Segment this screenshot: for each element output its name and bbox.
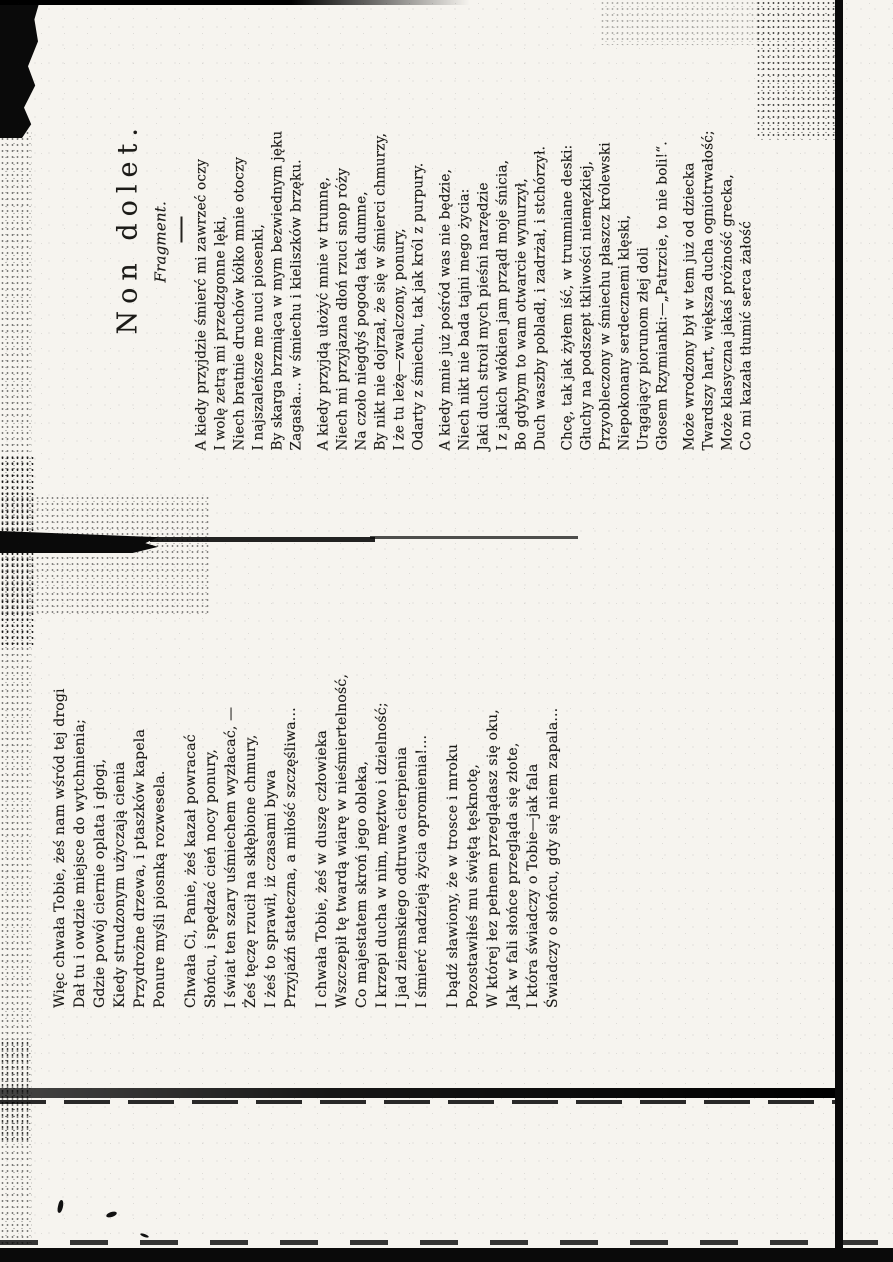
poem-line: I bądź sławiony, że w trosce i mroku — [443, 665, 463, 1008]
poem-subtitle: Fragment. — [150, 106, 172, 283]
scan-ink-mark-2 — [105, 1210, 117, 1218]
poem-line: I świat ten szary uśmiechem wyzłacać, — — [221, 665, 241, 1008]
scan-ink-mark-1 — [57, 1200, 65, 1214]
title-separator-rule — [181, 217, 183, 243]
stanza-4: Chcę, tak jak żyłem iść, w trumniane des… — [559, 106, 673, 451]
stanza-4: I bądź sławiony, że w trosce i mroku Poz… — [443, 665, 563, 1008]
poem-line: Jaki duch stroił mych pieśni narzędzie — [475, 106, 494, 451]
poem-line: Pozostawiłeś mu świętą tęsknotę, — [463, 665, 483, 1008]
poem-line: Może wrodzony był w tem już od dziecka — [681, 106, 700, 451]
poem-line: Zagasła... w śmiechu i kieliszków brzęku… — [288, 106, 307, 451]
poem-line: Przydrożne drzewa, i ptaszków kapela — [130, 665, 150, 1008]
scan-top-edge-line — [0, 0, 470, 5]
scan-mid-fold-line — [150, 537, 375, 542]
poem-line: Kiedy strudzonym użyczają cienia — [110, 665, 130, 1008]
stanza-3: I chwała Tobie, żeś w duszę człowieka Ws… — [312, 665, 432, 1008]
poem-line: A kiedy mnie już pośród was nie będzie, — [437, 106, 456, 451]
poem-line: Żeś tęczę rzucił na skłębione chmury, — [241, 665, 261, 1008]
poem-line: I wolę zetrą mi przedzgonne lęki, — [212, 106, 231, 451]
stanza-1: A kiedy przyjdzie śmierć mi zawrzeć oczy… — [193, 106, 307, 451]
poem-line: Świadczy o słońcu, gdy się niem zapala..… — [543, 665, 563, 1008]
stanza-3: A kiedy mnie już pośród was nie będzie, … — [437, 106, 551, 451]
poem-line: Wszczepił tę twardą wiarę w nieśmierteln… — [332, 665, 352, 1008]
stanza-1: Więc chwała Tobie, żeś nam wśród tej dro… — [50, 665, 170, 1008]
poem-line: Chwała Ci, Panie, żeś kazał powracać — [181, 665, 201, 1008]
poem-line: Może klasyczna jakaś próżność grecka, — [719, 106, 738, 451]
poem-line: I jad ziemskiego odtruwa cierpienia — [392, 665, 412, 1008]
scan-mid-fold-band — [0, 531, 158, 553]
scan-bottom-black-band — [0, 1248, 893, 1262]
poem-line: By skarga brzmiąca w mym bezwiednym jęku — [269, 106, 288, 451]
poem-line: A kiedy przyjdą ułożyć mnie w trumnę, — [315, 106, 334, 451]
poem-line: I krzepi ducha w nim, męztwo i dzielność… — [372, 665, 392, 1008]
poem-line: I żeś to sprawił, iż czasami bywa — [261, 665, 281, 1008]
poem-line: Jak w fali słońce przegląda się złote, — [503, 665, 523, 1008]
poem-line: Słońcu, i spędzać cień nocy ponury, — [201, 665, 221, 1008]
scan-mid-fold-speckles — [0, 495, 210, 615]
poem-line: Więc chwała Tobie, żeś nam wśród tej dro… — [50, 665, 70, 1008]
stanza-2: A kiedy przyjdą ułożyć mnie w trumnę, Ni… — [315, 106, 429, 451]
poem-line: I z jakich włókien jam prządł moje śnici… — [494, 106, 513, 451]
poem-line: By nikt nie dojrzał, że się w śmierci ch… — [372, 106, 391, 451]
poem-line: Twardszy hart, większa ducha ogniotrwało… — [700, 106, 719, 451]
scan-page-bottom-edge-band — [0, 1088, 836, 1098]
poem-line: Duch waszby pobladł, i zadrżał, i stchór… — [532, 106, 551, 451]
scan-speckle-top — [600, 0, 760, 45]
poem-line: I najszaleńsze me nuci piosenki, — [250, 106, 269, 451]
poem-line: I chwała Tobie, żeś w duszę człowieka — [312, 665, 332, 1008]
poem-line: A kiedy przyjdzie śmierć mi zawrzeć oczy — [193, 106, 212, 451]
poem-line: Ponure myśli piosnką rozwesela. — [150, 665, 170, 1008]
stanza-2: Chwała Ci, Panie, żeś kazał powracać Sło… — [181, 665, 301, 1008]
poem-line: Bo gdybym to wam otwarcie wynurzył, — [513, 106, 532, 451]
poem-title: Non dolet. — [112, 106, 146, 335]
scan-mid-fold-line-faint — [370, 536, 578, 539]
poem-line: Głuchy na podszept tkliwości niemęzkiej, — [578, 106, 597, 451]
scan-dark-corner-top-left — [0, 0, 40, 138]
poem-line: Przyjaźń stateczna, a miłość szczęśliwa.… — [281, 665, 301, 1008]
poem-line: Odarty z śmiechu, tak jak król z purpury… — [410, 106, 429, 451]
scan-ink-mark-3 — [140, 1233, 149, 1239]
poem-line: Co majestatem skroń jego obleka, — [352, 665, 372, 1008]
poem-line: I że tu leżę—zwalczony, ponury, — [391, 106, 410, 451]
scan-bottom-dashes — [0, 1240, 893, 1245]
right-page-text-block: Non dolet. Fragment. A kiedy przyjdzie ś… — [112, 106, 772, 451]
poem-line: Niech mi przyjazna dłoń rzuci snop róży — [334, 106, 353, 451]
scan-page-bottom-edge-dashes — [0, 1100, 836, 1104]
poem-line: Co mi kazała tłumić serca żałość — [738, 106, 757, 451]
poem-line: Chcę, tak jak żyłem iść, w trumniane des… — [559, 106, 578, 451]
poem-line: Na czoło niegdyś pogodą tak dumne, — [353, 106, 372, 451]
poem-line: Przyobleczony w śmiechu płaszcz królewsk… — [597, 106, 616, 451]
poem-line: W której łez pełnem przeglądasz się oku, — [483, 665, 503, 1008]
stanza-5: Może wrodzony był w tem już od dziecka T… — [681, 106, 757, 451]
poem-line: Niepokonany serdecznemi klęski, — [616, 106, 635, 451]
scanned-book-page: Non dolet. Fragment. A kiedy przyjdzie ś… — [0, 0, 893, 1262]
poem-line: Niech bratnie druchów kółko mnie otoczy — [231, 106, 250, 451]
scan-right-edge-line — [835, 0, 843, 1262]
poem-line: I która świadczy o Tobie—jak fala — [523, 665, 543, 1008]
left-page-text-block: Więc chwała Tobie, żeś nam wśród tej dro… — [50, 665, 565, 1008]
poem-line: Urągający piorunom złej doli — [635, 106, 654, 451]
poem-line: I śmierć nadzieją życia opromienia!... — [412, 665, 432, 1008]
poem-line: Niech nikt nie bada tajni mego życia: — [456, 106, 475, 451]
poem-line: Gdzie powój ciernie oplata i głogi, — [90, 665, 110, 1008]
poem-line: Głosem Rzymianki:—„Patrzcie, to nie boli… — [654, 106, 673, 451]
poem-line: Dał tu i owdzie miejsce do wytchnienia; — [70, 665, 90, 1008]
